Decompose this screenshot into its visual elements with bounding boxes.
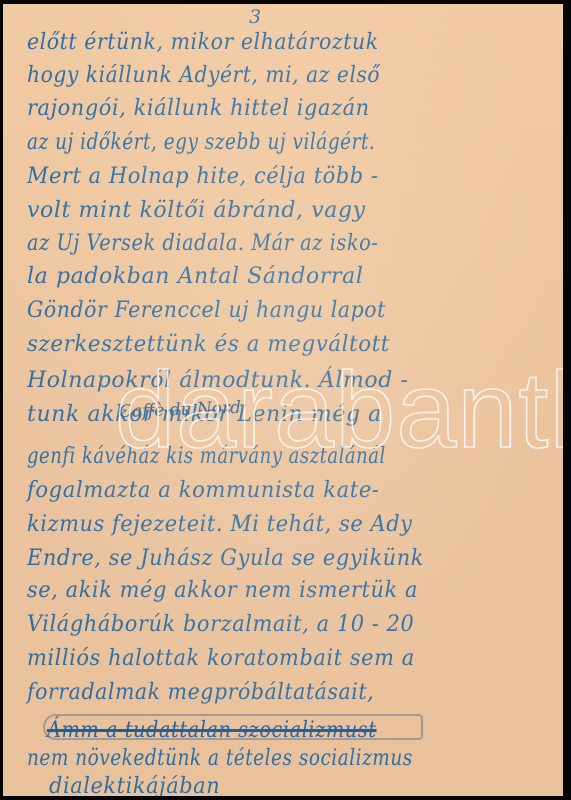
- text-line-1: előtt értünk, mikor elhatároztuk: [27, 30, 379, 55]
- text-line-3: rajongói, kiállunk hittel igazán: [27, 96, 370, 121]
- text-line-7: az Uj Versek diadala. Már az isko-: [27, 231, 378, 256]
- text-line-8: la padokban Antal Sándorral: [27, 264, 363, 289]
- text-line-17: se, akik még akkor nem ismertük a: [27, 578, 418, 603]
- watermark-darabanth: darabanth: [115, 356, 563, 464]
- text-line-6: volt mint költői ábránd, vagy: [27, 198, 366, 223]
- manuscript-page: 3 előtt értünk, mikor elhatároztuk hogy …: [3, 4, 563, 796]
- page-number: 3: [249, 6, 261, 28]
- text-line-2: hogy kiállunk Adyért, mi, az első: [27, 63, 380, 88]
- scan-frame: 3 előtt értünk, mikor elhatároztuk hogy …: [0, 0, 571, 800]
- text-line-14: fogalmazta a kommunista kate-: [27, 478, 380, 503]
- text-line-8-content: la padokban Antal Sándorral: [27, 264, 363, 289]
- text-line-9: Göndör Ferenccel uj hangu lapot: [27, 298, 386, 323]
- text-line-4: az uj időkért, egy szebb uj világért.: [27, 130, 375, 155]
- text-line-23: dialektikájában: [49, 774, 220, 796]
- text-line-15: kizmus fejezeteit. Mi tehát, se Ady: [27, 512, 413, 537]
- text-line-18: Világháborúk borzalmait, a 10 - 20: [27, 612, 414, 637]
- pencil-strike-bracket: [43, 714, 423, 740]
- text-line-19: milliós halottak koratombait sem a: [27, 646, 415, 671]
- text-line-20: forradalmak megpróbáltatásait,: [27, 680, 374, 705]
- text-line-22: nem növekedtünk a tételes socializmus: [27, 746, 413, 771]
- text-line-5: Mert a Holnap hite, célja több -: [27, 164, 379, 189]
- text-line-16: Endre, se Juhász Gyula se egyikünk: [27, 546, 424, 571]
